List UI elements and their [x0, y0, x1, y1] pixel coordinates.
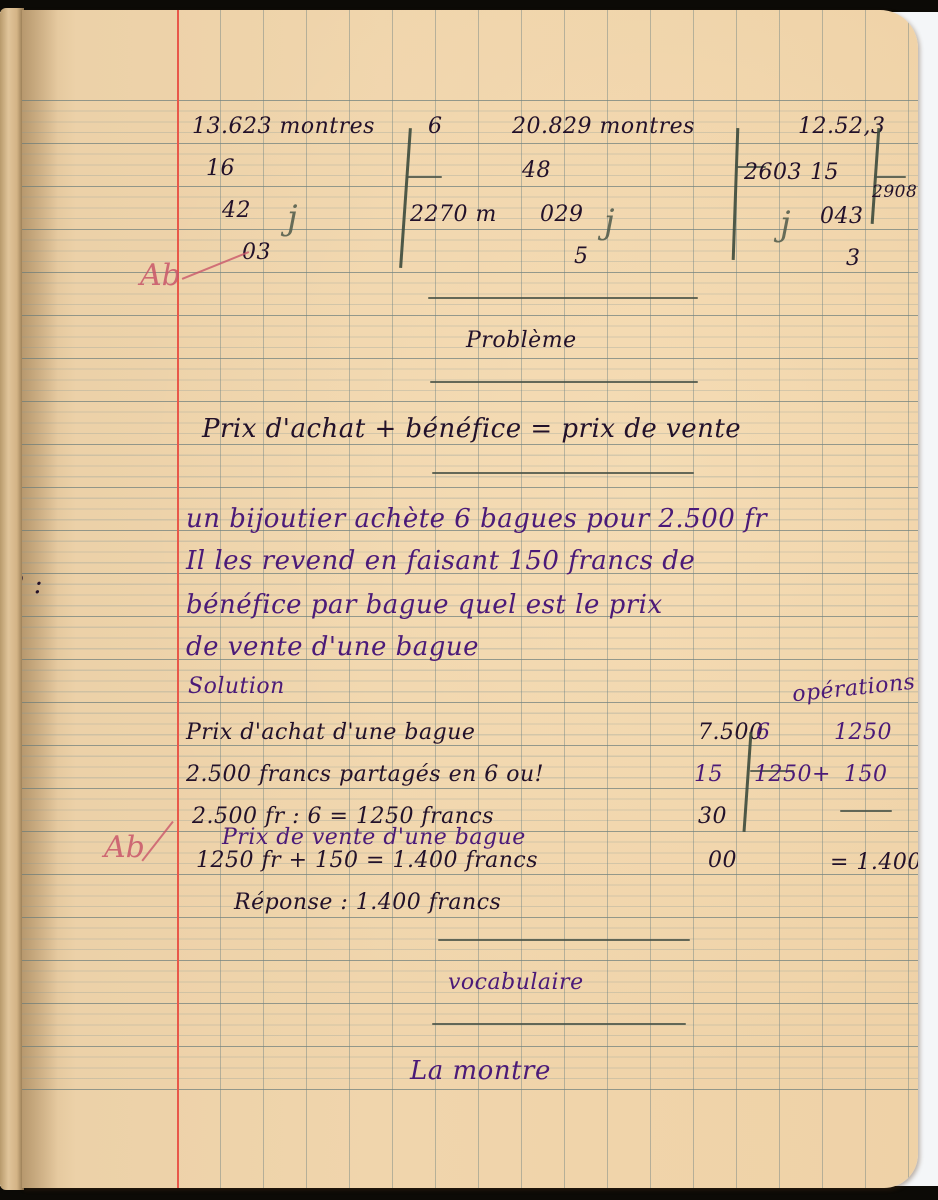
division-1-dividend: 13.623 montres: [192, 114, 375, 139]
division-3-check-mark: j: [780, 204, 791, 244]
divider-rule-3: [432, 472, 694, 474]
division-1-quotient: 2270 m: [410, 202, 497, 227]
divider-rule-2: [430, 381, 698, 383]
vocab-heading: La montre: [410, 1056, 551, 1086]
op-add-result: = 1.400: [830, 850, 918, 875]
division-2-check-mark: j: [604, 202, 615, 242]
op-quotient: 1250+: [754, 762, 831, 787]
divider-rule-5: [432, 1023, 686, 1025]
division-3-step-2: 043: [820, 204, 864, 229]
division-3-step-1: 15: [810, 160, 839, 185]
teacher-mark-1: Ab: [140, 258, 181, 293]
margin-note-left: 2 :: [22, 570, 43, 600]
answer-line: Réponse : 1.400 francs: [234, 890, 501, 915]
division-2-step-2: 029: [540, 202, 584, 227]
op-step-1: 15: [694, 762, 723, 787]
division-3-bracket-bar: [874, 176, 906, 178]
solution-line-5: 1250 fr + 150 = 1.400 francs: [196, 848, 538, 873]
op-add-b: 150: [844, 762, 888, 787]
op-step-2: 30: [698, 804, 727, 829]
teacher-mark-2: Ab: [104, 830, 145, 865]
division-2-dividend: 20.829 montres: [512, 114, 695, 139]
solution-line-4: Prix de vente d'une bague: [222, 825, 526, 850]
divider-rule-1: [428, 297, 698, 299]
notebook-page: 2 : 13.623 montres 6 16 42 03 j 2270 m 2…: [22, 10, 918, 1188]
problem-line-4: de vente d'une bague: [186, 632, 479, 662]
vocab-title: vocabulaire: [448, 970, 584, 995]
division-3-divisor: 2908: [872, 182, 917, 202]
op-add-rule: [840, 810, 892, 812]
divider-rule-4: [438, 939, 690, 941]
division-1-divisor: 6: [428, 114, 443, 139]
division-3-dividend: 12.52,3: [798, 114, 885, 139]
problem-line-3: bénéfice par bague quel est le prix: [186, 590, 663, 620]
division-1-step-1: 16: [206, 156, 235, 181]
op-divisor: 6: [756, 720, 771, 745]
notebook-binding: [0, 8, 24, 1190]
division-1-step-2: 42: [222, 198, 251, 223]
solution-line-2: 2.500 francs partagés en 6 ou!: [186, 762, 544, 787]
division-3-step-3: 3: [846, 246, 861, 271]
division-1-bracket-bar: [406, 176, 442, 178]
solution-line-1: Prix d'achat d'une bague: [186, 720, 475, 745]
section-title: Problème: [466, 328, 577, 353]
division-2-step-1: 48: [522, 158, 551, 183]
division-2-quotient: 2603: [744, 160, 802, 185]
formula-line: Prix d'achat + bénéfice = prix de vente: [202, 414, 741, 444]
op-step-3: 00: [708, 848, 737, 873]
red-margin-line: [177, 10, 179, 1188]
solution-label: Solution: [188, 674, 285, 699]
op-dividend: 7.500: [698, 720, 763, 745]
division-1-check-mark: j: [287, 198, 298, 238]
problem-line-2: Il les revend en faisant 150 francs de: [186, 546, 695, 576]
problem-line-1: un bijoutier achète 6 bagues pour 2.500 …: [186, 504, 767, 534]
scan-shadow-bottom: [0, 1186, 938, 1200]
op-add-a: 1250: [834, 720, 892, 745]
division-2-step-3: 5: [574, 244, 589, 269]
